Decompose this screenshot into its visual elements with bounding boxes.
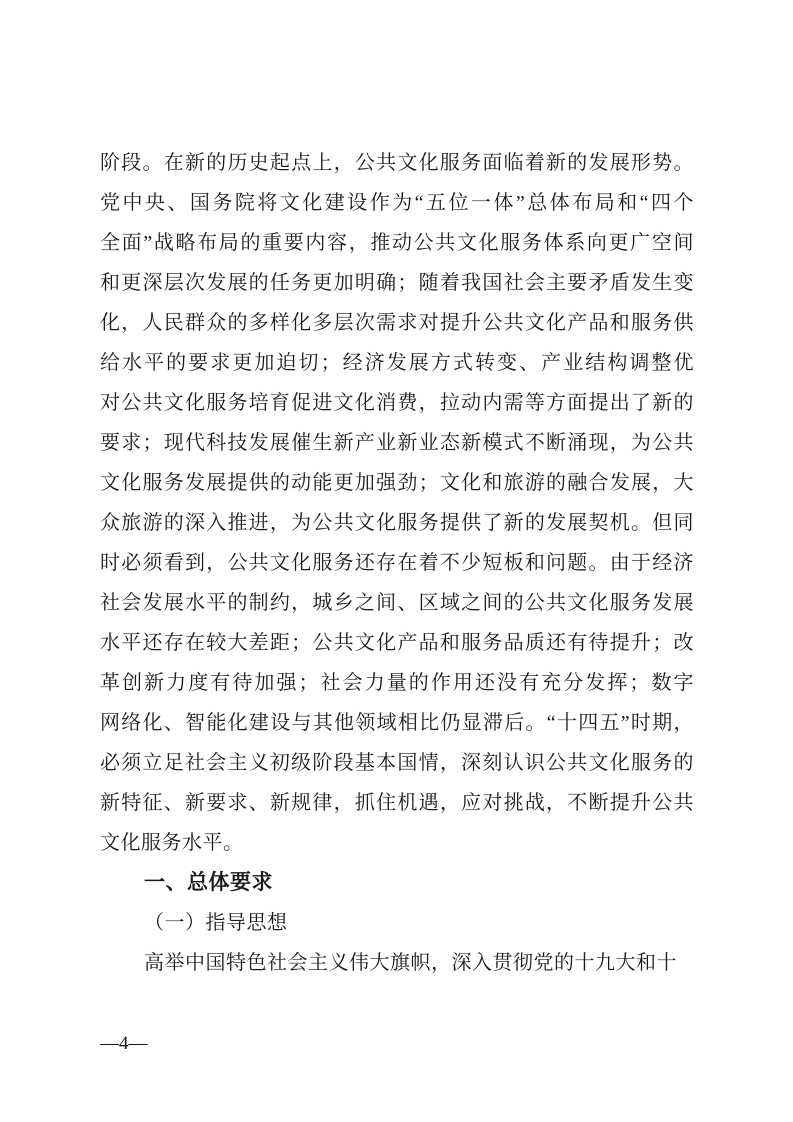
body-line: 网络化、智能化建设与其他领域相比仍显滞后。“十四五”时期， (100, 703, 694, 743)
body-line: 对公共文化服务培育促进文化消费，拉动内需等方面提出了新的 (100, 383, 694, 423)
body-line: 文化服务发展提供的动能更加强劲；文化和旅游的融合发展，大 (100, 463, 694, 503)
body-line: 水平还存在较大差距；公共文化产品和服务品质还有待提升；改 (100, 623, 694, 663)
body-line: 革创新力度有待加强；社会力量的作用还没有充分发挥；数字化、 (100, 663, 694, 703)
body-line: 化，人民群众的多样化多层次需求对提升公共文化产品和服务供 (100, 303, 694, 343)
body-line: 众旅游的深入推进，为公共文化服务提供了新的发展契机。但同 (100, 503, 694, 543)
body-line: 时必须看到，公共文化服务还存在着不少短板和问题。由于经济 (100, 543, 694, 583)
body-line: 全面”战略布局的重要内容，推动公共文化服务体系向更广空间 (100, 223, 694, 263)
body-line: 阶段。在新的历史起点上，公共文化服务面临着新的发展形势。 (100, 143, 694, 183)
document-body: 阶段。在新的历史起点上，公共文化服务面临着新的发展形势。 党中央、国务院将文化建… (100, 143, 694, 983)
document-page: 阶段。在新的历史起点上，公共文化服务面临着新的发展形势。 党中央、国务院将文化建… (0, 0, 793, 1122)
subsection-heading: （一）指导思想 (100, 903, 694, 943)
body-line: 文化服务水平。 (100, 823, 694, 863)
body-line: 要求；现代科技发展催生新产业新业态新模式不断涌现，为公共 (100, 423, 694, 463)
body-line: 新特征、新要求、新规律，抓住机遇，应对挑战，不断提升公共 (100, 783, 694, 823)
body-line: 高举中国特色社会主义伟大旗帜，深入贯彻党的十九大和十 (100, 943, 694, 983)
body-line: 给水平的要求更加迫切；经济发展方式转变、产业结构调整优化， (100, 343, 694, 383)
section-heading: 一、总体要求 (100, 863, 694, 903)
body-line: 和更深层次发展的任务更加明确；随着我国社会主要矛盾发生变 (100, 263, 694, 303)
body-line: 必须立足社会主义初级阶段基本国情，深刻认识公共文化服务的 (100, 743, 694, 783)
body-line: 党中央、国务院将文化建设作为“五位一体”总体布局和“四个 (100, 183, 694, 223)
body-line: 社会发展水平的制约，城乡之间、区域之间的公共文化服务发展 (100, 583, 694, 623)
page-number: —4— (100, 1030, 148, 1058)
